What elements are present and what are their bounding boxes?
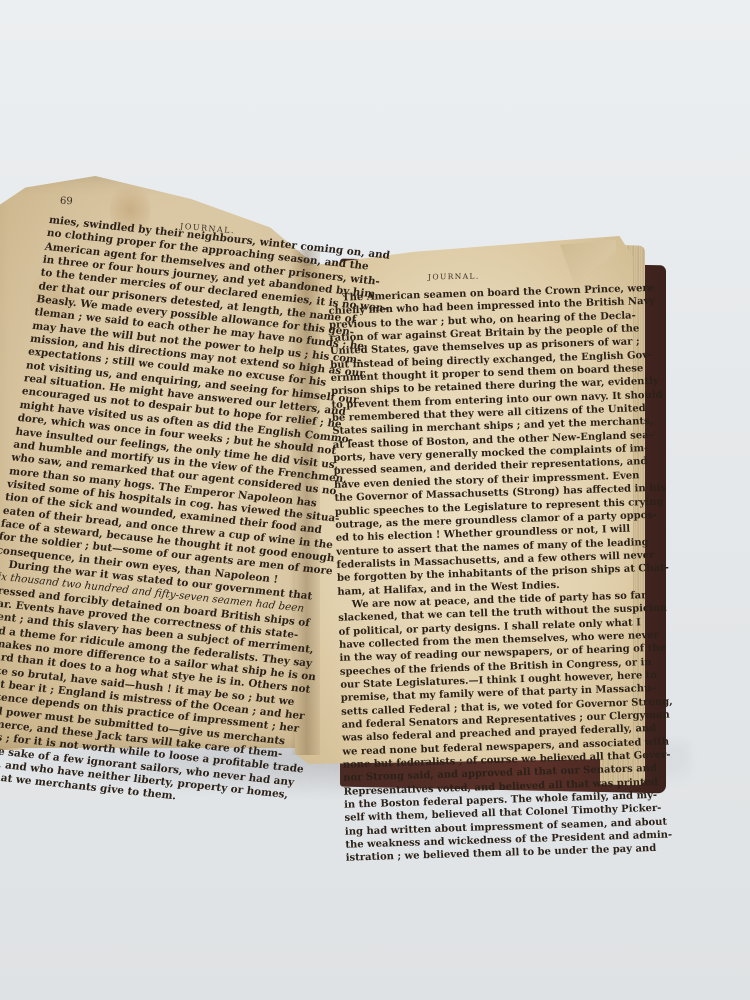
right-page-text: The American seamen on board the Crown P…: [328, 282, 678, 866]
running-head-right: JOURNAL.: [428, 272, 480, 282]
page-number: 69: [60, 196, 73, 207]
photo-scene: 69 JOURNAL. mies, swindled by their neig…: [0, 0, 750, 1000]
